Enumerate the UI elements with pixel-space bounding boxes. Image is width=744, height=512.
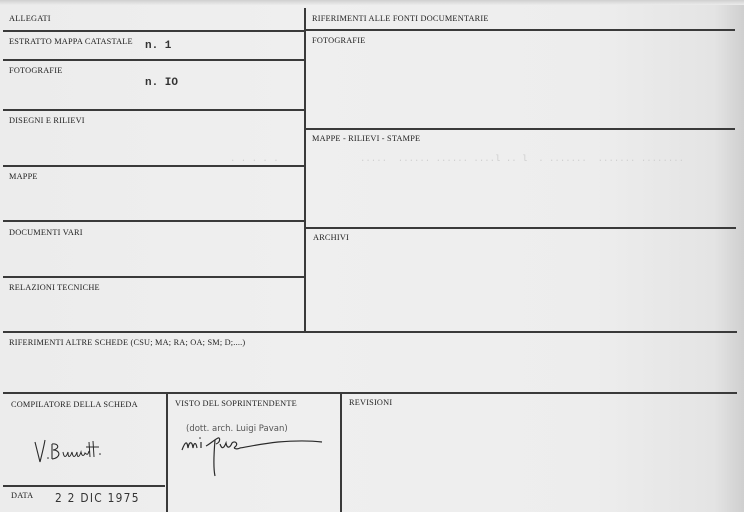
rule [3, 276, 304, 278]
bleed-through-text: . . . . . [230, 154, 279, 164]
archivi-label: ARCHIVI [313, 233, 349, 242]
riferimenti-altre-schede-label: RIFERIMENTI ALTRE SCHEDE (CSU; MA; RA; O… [9, 338, 245, 347]
mappe-label: MAPPE [9, 172, 38, 181]
rule [306, 128, 735, 130]
disegni-label: DISEGNI E RILIEVI [9, 116, 85, 125]
form-sheet: ..... ...... ...... ....l .. l . .......… [0, 0, 744, 512]
soprintendente-signature [180, 432, 340, 482]
revisioni-label: REVISIONI [349, 398, 392, 407]
estratto-mappa-label: ESTRATTO MAPPA CATASTALE [9, 37, 133, 46]
bleed-through-text: ..... ...... ...... ....l .. l . .......… [360, 154, 684, 164]
rule [3, 30, 304, 32]
fotografie-label: FOTOGRAFIE [9, 66, 62, 75]
rule [3, 485, 165, 487]
data-stamp: 2 2 DIC 1975 [55, 490, 140, 505]
soprintendente-label: VISTO DEL SOPRINTENDENTE [175, 399, 297, 408]
rule [3, 59, 304, 61]
estratto-mappa-value[interactable]: n. 1 [145, 40, 171, 52]
mappe-rilievi-stampe-label: MAPPE - RILIEVI - STAMPE [312, 134, 420, 143]
column-divider [340, 393, 342, 512]
rule [3, 109, 304, 111]
documenti-label: DOCUMENTI VARI [9, 228, 83, 237]
riferimenti-fonti-heading: RIFERIMENTI ALLE FONTI DOCUMENTARIE [312, 14, 489, 23]
rule [306, 227, 736, 229]
rule [3, 165, 304, 167]
compilatore-label: COMPILATORE DELLA SCHEDA [11, 400, 138, 409]
allegati-heading: ALLEGATI [9, 14, 51, 23]
fotografie-value[interactable]: n. IO [145, 77, 178, 89]
rule [3, 392, 737, 394]
compilatore-signature [33, 438, 123, 468]
data-label: DATA [11, 491, 33, 500]
column-divider [304, 8, 306, 332]
rule [306, 29, 735, 31]
rule [3, 331, 737, 333]
rule [3, 220, 304, 222]
fonti-fotografie-label: FOTOGRAFIE [312, 36, 365, 45]
relazioni-label: RELAZIONI TECNICHE [9, 283, 100, 292]
column-divider [166, 393, 168, 512]
